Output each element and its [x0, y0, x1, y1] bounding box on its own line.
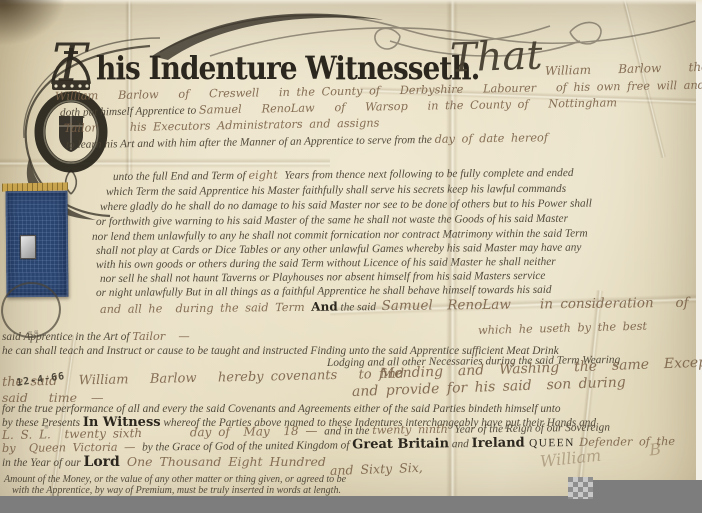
handwritten-text: Tailor —: [132, 330, 189, 343]
printed-bold-text: And: [311, 300, 338, 314]
postmark-ornament: ≋≋: [6, 325, 63, 341]
censored-region: [0, 496, 702, 513]
foil-seal: [20, 235, 36, 259]
printed-text: the said: [338, 301, 382, 313]
body-line: which Term the said Apprentice his Maste…: [106, 183, 566, 198]
handwritten-text: Samuel RenoLaw in consideration of: [382, 295, 689, 314]
handwritten-text: day of date hereof: [435, 131, 548, 146]
body-line: where gladly do he shall do no damage to…: [100, 198, 592, 213]
body-line: unto the full End and Term of eight Year…: [113, 166, 574, 183]
ireland-blackletter: Ireland: [472, 436, 525, 452]
pixelated-censor-patch: [568, 477, 593, 499]
heading-initial: T: [52, 34, 87, 94]
footnote-line: with the Apprentice, by way of Premium, …: [12, 485, 341, 496]
printed-text: unto the full End and Term of: [113, 170, 249, 183]
body-line: nor lend them unlawfully to any he shall…: [92, 228, 588, 243]
handwritten-text: and all he during the said Term: [100, 301, 311, 316]
printed-text: Year of the Reign of our Sovereign: [454, 422, 610, 436]
body-line: for the true performance of all and ever…: [2, 403, 560, 415]
body-line: or forthwith give warning to his said Ma…: [96, 213, 568, 228]
heading-that-word: That: [449, 32, 543, 81]
blue-duty-stamp: [6, 191, 69, 298]
body-line: with his own goods or others during the …: [96, 256, 556, 271]
heading-title: his Indenture Witnesseth.: [96, 50, 479, 87]
printed-text: and in the: [324, 425, 372, 438]
printed-text: and: [449, 438, 472, 450]
body-line: nor sell he shall not haunt Taverns or P…: [100, 270, 545, 285]
printed-text: Years from thence next following to be f…: [284, 167, 573, 182]
indenture-document: T his Indenture Witnesseth. That William…: [0, 0, 702, 513]
great-britain-blackletter: Great Britain: [352, 436, 449, 452]
postmark-date: 12-4-66: [12, 370, 69, 389]
date-postmark: ≋≋ 12-4-66 ≋: [0, 278, 65, 342]
postmark-ornament: ≋: [19, 419, 76, 435]
handwritten-text: One Thousand Eight Hundred: [120, 454, 326, 469]
printed-text: to learn his Art and with him after the …: [66, 134, 435, 151]
handwritten-text: twenty ninth: [372, 423, 454, 437]
body-line: shall not play at Cards or Dice Tables o…: [96, 242, 581, 257]
handwritten-text: eight: [248, 169, 284, 182]
body-line: which he useth by the best: [478, 320, 647, 337]
printed-text: doth put himself Apprentice to: [60, 105, 199, 119]
footnote-line: Amount of the Money, or the value of any…: [4, 474, 346, 485]
lord-blackletter: Lord: [84, 454, 120, 470]
printed-text: by the Grace of God of the united Kingdo…: [142, 439, 352, 453]
